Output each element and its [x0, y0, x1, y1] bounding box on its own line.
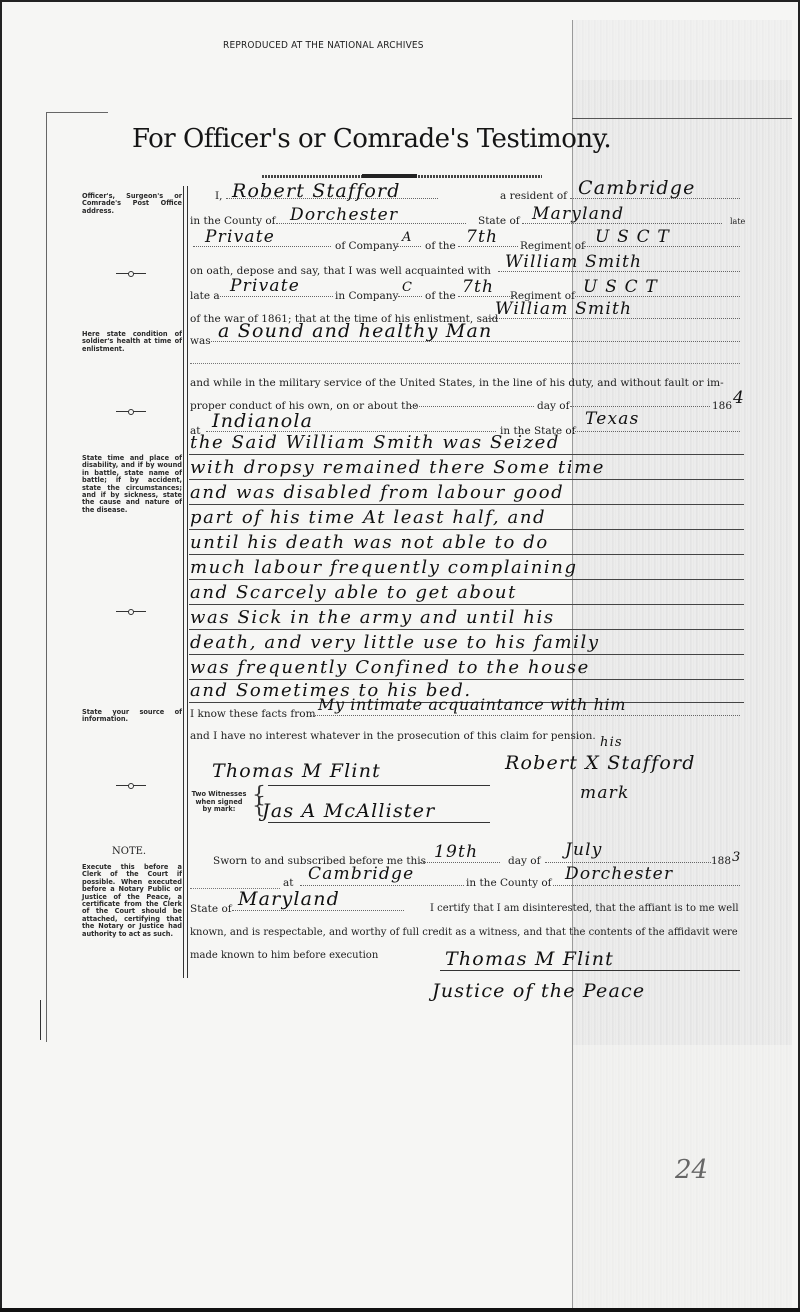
sworn-day: 19th	[434, 842, 478, 862]
sworn-county: Dorchester	[565, 864, 673, 884]
label-county-of: in the County of	[190, 215, 276, 227]
sworn-year-digit: 3	[732, 850, 741, 865]
note-title: NOTE.	[112, 846, 146, 857]
affiant-rank: Private	[205, 227, 275, 247]
label-of-company: of Company	[335, 240, 399, 252]
affiant-name: Robert Stafford	[232, 180, 401, 202]
page-number: 24	[675, 1155, 708, 1185]
officer-signature: Thomas M Flint	[445, 948, 614, 970]
soldier-rank: Private	[230, 276, 300, 296]
affiant-regiment-num: 7th	[466, 227, 498, 247]
column-divider	[183, 186, 188, 978]
place: Indianola	[212, 410, 313, 432]
label-late: late	[730, 217, 745, 226]
narrative-line: until his death was not able to do	[190, 532, 549, 553]
label-made-known: made known to him before execution	[190, 950, 378, 961]
label-no-interest: and I have no interest whatever in the p…	[190, 730, 596, 742]
affiant-signature: Robert X Stafford	[505, 752, 696, 774]
soldier-regiment-num: 7th	[462, 277, 494, 297]
witness-1-line	[268, 785, 490, 786]
soldier-company: C	[402, 280, 413, 295]
residence: Cambridge	[578, 177, 696, 199]
officer-signature-line	[440, 970, 740, 971]
label-of-the-2: of the	[425, 290, 456, 302]
affiant-company: A	[402, 230, 413, 245]
sworn-month: July	[565, 840, 603, 860]
witness-2-signature: Jas A McAllister	[262, 800, 435, 822]
label-day-of: day of	[537, 400, 569, 412]
label-state-of: State of	[478, 215, 520, 227]
soldier-name-2: William Smith	[495, 299, 632, 319]
affiant-regiment: U S C T	[595, 227, 670, 247]
health-condition: a Sound and healthy Man	[218, 320, 492, 342]
affiant-mark-his: his	[600, 735, 623, 750]
label-resident-of: a resident of	[500, 190, 567, 202]
separator-ornament	[116, 611, 146, 612]
narrative-line: was frequently Confined to the house	[190, 657, 590, 678]
narrative-line: with dropsy remained there Some time	[190, 457, 605, 478]
blank-line	[190, 362, 740, 364]
officer-title: Justice of the Peace	[432, 980, 645, 1002]
label-in-company: in Company	[335, 290, 398, 302]
incident-year-digit: 4	[733, 388, 745, 408]
label-know-facts: I know these facts from	[190, 708, 316, 720]
label-day-of-2: day of	[508, 855, 540, 867]
margin-note-disability: State time and place of disability, and …	[82, 455, 182, 514]
narrative-line: and was disabled from labour good	[190, 482, 564, 503]
separator-ornament	[116, 411, 146, 412]
label-year-prefix-2: 188	[711, 855, 731, 867]
witnesses-label: Two Witnesses when signed by mark:	[190, 791, 248, 814]
label-late-a: late a	[190, 290, 220, 302]
scan-bottom-edge	[0, 1308, 800, 1312]
sworn-state: Maryland	[238, 888, 340, 910]
witness-1-signature: Thomas M Flint	[212, 760, 381, 782]
title-rule	[262, 175, 542, 178]
margin-note-address: Officer's, Surgeon's or Comrade's Post O…	[82, 193, 182, 215]
witnesses-label-text: Two Witnesses when signed by mark:	[190, 791, 248, 814]
label-of-the: of the	[425, 240, 456, 252]
separator-ornament	[116, 785, 146, 786]
margin-note-source: State your source of information.	[82, 709, 182, 724]
label-known: known, and is respectable, and worthy of…	[190, 927, 738, 938]
frame-bottom-rule	[40, 1000, 41, 1040]
incident-month-field	[570, 388, 710, 407]
place-state: Texas	[585, 409, 640, 429]
page-edge-horizontal	[572, 118, 792, 119]
soldier-name: William Smith	[505, 252, 642, 272]
state: Maryland	[532, 204, 624, 224]
archive-stamp: REPRODUCED AT THE NATIONAL ARCHIVES	[223, 40, 424, 51]
label-regiment-of: Regiment of	[520, 240, 585, 252]
narrative-line: the Said William Smith was Seized	[190, 432, 560, 453]
separator-ornament	[116, 273, 146, 274]
margin-note-health: Here state condition of soldier's health…	[82, 331, 182, 353]
form-title: For Officer's or Comrade's Testimony.	[132, 124, 611, 154]
narrative-line: was Sick in the army and until his	[190, 607, 555, 628]
label-year-prefix: 186	[712, 400, 732, 412]
county: Dorchester	[290, 205, 398, 225]
incident-day-field	[410, 388, 534, 407]
label-i: I,	[215, 190, 223, 202]
note-body: Execute this before a Clerk of the Court…	[82, 864, 182, 938]
affiant-mark-label: mark	[580, 783, 629, 803]
sworn-at: Cambridge	[308, 864, 414, 884]
scan-shadow-strip-upper	[572, 20, 792, 80]
soldier-regiment: U S C T	[583, 277, 658, 297]
narrative-line: part of his time At least half, and	[190, 507, 546, 528]
witness-2-line	[268, 822, 490, 823]
frame-left-edge	[46, 112, 47, 1042]
label-state-of-2: State of	[190, 903, 232, 915]
label-county-of-2: in the County of	[466, 877, 552, 889]
narrative-line: death, and very little use to his family	[190, 632, 600, 653]
source: My intimate acquaintance with him	[318, 695, 626, 714]
label-certify: I certify that I am disinterested, that …	[430, 903, 739, 914]
narrative-line: and Scarcely able to get about	[190, 582, 517, 603]
frame-corner-top	[46, 112, 108, 113]
narrative-line: much labour frequently complaining	[190, 557, 578, 578]
